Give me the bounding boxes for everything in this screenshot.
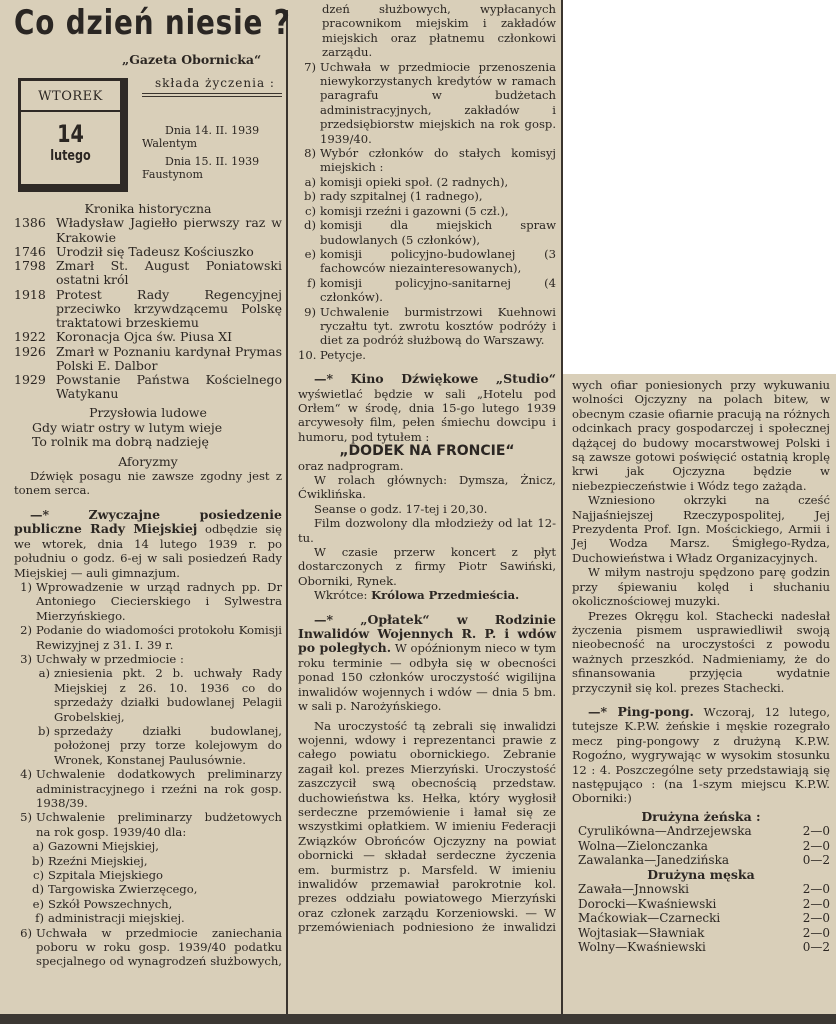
match-row: Wolny—Kwaśniewski0—2 <box>578 940 830 955</box>
column-2-body: dzeń służbowych, wypłacanych pracownikom… <box>298 2 556 935</box>
match-pair: Zawalanka—Janedzińska <box>578 853 729 868</box>
agenda-text: Uchwała w przedmiocie zaniechania poboru… <box>36 926 282 969</box>
oplatek-paragraph-4: W miłym nastroju spędzono parę godzin pr… <box>572 565 830 608</box>
agenda-number: 8) <box>298 146 320 175</box>
agenda-item: 6)Uchwała w przedmiocie zaniechania pobo… <box>14 926 282 969</box>
agenda-subitem: a)Gazowni Miejskiej, <box>14 839 282 853</box>
agenda-sub-letter: e) <box>298 247 320 276</box>
agenda-text: Uchwalenie preliminarzy budżetowych na r… <box>36 810 282 839</box>
oplatek-paragraph-2-continued: wych ofiar poniesionych przy wykuwaniu w… <box>572 378 830 493</box>
agenda-subitem: d)Targowiska Zwierzęcego, <box>14 882 282 896</box>
agenda-subitem: a)zniesienia pkt. 2 b. uchwały Rady Miej… <box>14 666 282 724</box>
column-1-body: Kronika historyczna 1386Władysław Jagieł… <box>14 202 282 969</box>
agenda-text: Uchwalenie dodatkowych preliminarzy admi… <box>36 767 282 810</box>
men-team-heading: Drużyna męska <box>572 868 830 882</box>
chronicle-heading: Kronika historyczna <box>14 202 282 216</box>
column-3-body: wych ofiar poniesionych przy wykuwaniu w… <box>572 378 830 955</box>
oplatek-paragraph-3: Wzniesiono okrzyki na cześć Najjaśniejsz… <box>572 493 830 565</box>
agenda-item: 8)Wybór członków do stałych komisyj miej… <box>298 146 556 175</box>
chronicle-text: Urodził się Tadeusz Kościuszko <box>56 245 282 259</box>
agenda-sub-letter: c) <box>298 204 320 218</box>
agenda-sub-text: komisji policyjno-budowlanej (3 fachowcó… <box>320 247 556 276</box>
match-score: 0—2 <box>803 940 830 955</box>
agenda-item: 4)Uchwalenie dodatkowych preliminarzy ad… <box>14 767 282 810</box>
nameday-name-2: Faustynom <box>142 168 203 181</box>
chronicle-year: 1926 <box>14 345 56 373</box>
pingpong-announcement: —* Ping-pong. Wczoraj, 12 lutego, tutejs… <box>572 705 830 806</box>
match-pair: Wojtasiak—Sławniak <box>578 926 704 941</box>
agenda-sub-letter: c) <box>26 868 48 882</box>
agenda-sub-letter: e) <box>26 897 48 911</box>
agenda-subitem: e)komisji policyjno-budowlanej (3 fachow… <box>298 247 556 276</box>
chronicle-year: 1918 <box>14 288 56 331</box>
agenda-sub-letter: d) <box>298 218 320 247</box>
agenda-subitem: f)administracji miejskiej. <box>14 911 282 925</box>
agenda-subitem: b)rady szpitalnej (1 radnego), <box>298 189 556 203</box>
agenda-sub-letter: b) <box>26 854 48 868</box>
chronicle-year: 1386 <box>14 216 56 244</box>
cinema-headline: —* Kino Dźwiękowe „Studio“ <box>314 371 556 386</box>
agenda-text: Uchwały w przedmiocie : <box>36 652 282 666</box>
nameday-date-2: Dnia 15. II. 1939 <box>165 155 259 168</box>
agenda-subitem: e)Szkół Powszechnych, <box>14 897 282 911</box>
match-pair: Cyrulikówna—Andrzejewska <box>578 824 752 839</box>
agenda-item: 5)Uchwalenie preliminarzy budżetowych na… <box>14 810 282 839</box>
agenda-item: 3)Uchwały w przedmiocie : <box>14 652 282 666</box>
cinema-shows: Seanse o godz. 17-tej i 20,30. <box>298 502 556 516</box>
film-title: „DODEK NA FRONCIE“ <box>298 444 556 458</box>
agenda-sub-letter: b) <box>298 189 320 203</box>
calendar-day: 14 <box>31 120 110 148</box>
cinema-cast: W rolach głównych: Dymsza, Żnicz, Ćwikli… <box>298 473 556 502</box>
council-announcement-lead: —* Zwyczajne posiedzenie publiczne Rady … <box>14 508 282 580</box>
agenda-subitem: a)komisji opieki społ. (2 radnych), <box>298 175 556 189</box>
match-pair: Wolna—Zielonczanka <box>578 839 708 854</box>
masthead-greeting: składa życzenia : <box>155 76 275 90</box>
council-agenda: 1)Wprowadzenie w urząd radnych pp. Dr An… <box>14 580 282 969</box>
match-row: Zawalanka—Janedzińska0—2 <box>578 853 830 868</box>
chronicle-entry: 1746Urodził się Tadeusz Kościuszko <box>14 245 282 259</box>
column-divider-2 <box>561 0 563 1014</box>
agenda-sub-letter: a) <box>32 666 54 724</box>
agenda-sub-text: komisji dla miejskich spraw budowlanych … <box>320 218 556 247</box>
match-row: Zawała—Jnnowski2—0 <box>578 882 830 897</box>
chronicle-text: Powstanie Państwa Kościelnego Watykanu <box>56 373 282 401</box>
agenda-subitem: c)komisji rzeźni i gazowni (5 czł.), <box>298 204 556 218</box>
chronicle-entry: 1922Koronacja Ojca św. Piusa XI <box>14 330 282 344</box>
chronicle-text: Koronacja Ojca św. Piusa XI <box>56 330 282 344</box>
agenda-sub-text: Szkół Powszechnych, <box>48 897 282 911</box>
column-divider-1 <box>286 10 288 1014</box>
agenda-item: 10.Petycje. <box>298 348 556 362</box>
agenda-sub-text: Gazowni Miejskiej, <box>48 839 282 853</box>
chronicle-list: 1386Władysław Jagiełło pierwszy raz w Kr… <box>14 216 282 401</box>
aphorisms-heading: Aforyzmy <box>14 455 282 469</box>
pingpong-intro: Wczoraj, 12 lutego, tutejsze K.P.W. żeńs… <box>572 705 830 805</box>
calendar-box: WTOREK 14 lutego <box>18 78 128 192</box>
newspaper-page: Co dzień niesie ? „Gazeta Obornicka“ skł… <box>0 0 836 1024</box>
agenda-sub-letter: d) <box>26 882 48 896</box>
agenda-subitem: b)Rzeźni Miejskiej, <box>14 854 282 868</box>
agenda-sub-letter: b) <box>32 724 54 767</box>
agenda-sub-letter: f) <box>298 276 320 305</box>
agenda-number: 3) <box>14 652 36 666</box>
agenda-text: Uchwalenie burmistrzowi Kuehnowi ryczałt… <box>320 305 556 348</box>
cinema-age: Film dozwolony dla młodzieży od lat 12-t… <box>298 516 556 545</box>
proverb-line: Gdy wiatr ostry w lutym wieje <box>14 421 282 435</box>
calendar-month: lutego <box>31 148 110 164</box>
column-1: Co dzień niesie ? <box>14 0 282 46</box>
agenda-sub-letter: a) <box>298 175 320 189</box>
agenda-subitem: b)sprzedaży działki budowlanej, położone… <box>14 724 282 767</box>
double-rule <box>142 93 282 97</box>
agenda-sub-text: zniesienia pkt. 2 b. uchwały Rady Miejsk… <box>54 666 282 724</box>
match-pair: Dorocki—Kwaśniewski <box>578 897 716 912</box>
pingpong-headline: —* Ping-pong. <box>588 704 694 719</box>
oplatek-announcement: —* „Opłatek“ w Rodzinie Inwalidów Wojenn… <box>298 613 556 714</box>
agenda-sub-text: komisji rzeźni i gazowni (5 czł.), <box>320 204 556 218</box>
agenda-number: 1) <box>14 580 36 623</box>
cinema-coming-soon: Wkrótce: Królowa Przedmieścia. <box>298 588 556 602</box>
agenda-sub-letter: a) <box>26 839 48 853</box>
chronicle-text: Zmarł w Poznaniu kardynał Prymas Polski … <box>56 345 282 373</box>
agenda-subitem: c)Szpitala Miejskiego <box>14 868 282 882</box>
chronicle-entry: 1798Zmarł St. August Poniatowski ostatni… <box>14 259 282 287</box>
chronicle-text: Protest Rady Regencyjnej przeciwko krzyw… <box>56 288 282 331</box>
chronicle-entry: 1929Powstanie Państwa Kościelnego Watyka… <box>14 373 282 401</box>
match-score: 2—0 <box>803 926 830 941</box>
proverbs-heading: Przysłowia ludowe <box>14 406 282 420</box>
agenda-text: Wprowadzenie w urząd radnych pp. Dr Anto… <box>36 580 282 623</box>
match-score: 2—0 <box>803 824 830 839</box>
agenda-sub-text: komisji policyjno-sanitarnej (4 członków… <box>320 276 556 305</box>
agenda-subitem: d)komisji dla miejskich spraw budowlanyc… <box>298 218 556 247</box>
aphorism-text: Dźwięk posagu nie zawsze zgodny jest z t… <box>14 469 282 498</box>
agenda-sub-text: Szpitala Miejskiego <box>48 868 282 882</box>
agenda-sub-text: Targowiska Zwierzęcego, <box>48 882 282 896</box>
match-row: Maćkowiak—Czarnecki2—0 <box>578 911 830 926</box>
match-row: Wolna—Zielonczanka2—0 <box>578 839 830 854</box>
coming-soon-title: Królowa Przedmieścia. <box>371 588 519 602</box>
agenda-item: 2)Podanie do wiadomości protokołu Komisj… <box>14 623 282 652</box>
agenda-number: 6) <box>14 926 36 969</box>
match-score: 2—0 <box>803 839 830 854</box>
match-pair: Maćkowiak—Czarnecki <box>578 911 720 926</box>
agenda-text: Podanie do wiadomości protokołu Komisji … <box>36 623 282 652</box>
match-pair: Zawała—Jnnowski <box>578 882 689 897</box>
agenda-text: Wybór członków do stałych komisyj miejsk… <box>320 146 556 175</box>
women-results: Cyrulikówna—Andrzejewska2—0 Wolna—Zielon… <box>572 824 830 868</box>
match-score: 0—2 <box>803 853 830 868</box>
agenda-number: 7) <box>298 60 320 146</box>
masthead-publisher: „Gazeta Obornicka“ <box>122 52 261 67</box>
agenda-item-6-continued: dzeń służbowych, wypłacanych pracownikom… <box>298 2 556 60</box>
agenda-sub-text: administracji miejskiej. <box>48 911 282 925</box>
match-row: Cyrulikówna—Andrzejewska2—0 <box>578 824 830 839</box>
masthead-title: Co dzień niesie ? <box>14 0 234 46</box>
cinema-extra: oraz nadprogram. <box>298 459 556 473</box>
nameday-name-1: Walentym <box>142 137 197 150</box>
match-row: Wojtasiak—Sławniak2—0 <box>578 926 830 941</box>
nameday-date-1: Dnia 14. II. 1939 <box>165 124 259 137</box>
agenda-number: 10. <box>298 348 320 362</box>
cinema-intro: wyświetlać będzie w sali „Hotelu pod Orł… <box>298 387 556 444</box>
match-row: Dorocki—Kwaśniewski2—0 <box>578 897 830 912</box>
chronicle-year: 1798 <box>14 259 56 287</box>
agenda-sub-text: komisji opieki społ. (2 radnych), <box>320 175 556 189</box>
proverb-line: To rolnik ma dobrą nadzieję <box>14 435 282 449</box>
match-score: 2—0 <box>803 897 830 912</box>
chronicle-text: Zmarł St. August Poniatowski ostatni kró… <box>56 259 282 287</box>
match-score: 2—0 <box>803 882 830 897</box>
chronicle-entry: 1386Władysław Jagiełło pierwszy raz w Kr… <box>14 216 282 244</box>
agenda-sub-letter: f) <box>26 911 48 925</box>
agenda-number: 4) <box>14 767 36 810</box>
chronicle-year: 1929 <box>14 373 56 401</box>
match-pair: Wolny—Kwaśniewski <box>578 940 706 955</box>
agenda-sub-text: rady szpitalnej (1 radnego), <box>320 189 556 203</box>
agenda-text: Uchwała w przedmiocie przenoszenia niewy… <box>320 60 556 146</box>
agenda-number: 9) <box>298 305 320 348</box>
chronicle-entry: 1918Protest Rady Regencyjnej przeciwko k… <box>14 288 282 331</box>
men-results: Zawała—Jnnowski2—0 Dorocki—Kwaśniewski2—… <box>572 882 830 955</box>
chronicle-year: 1922 <box>14 330 56 344</box>
coming-soon-label: Wkrótce: <box>314 588 371 602</box>
agenda-sub-text: sprzedaży działki budowlanej, położonej … <box>54 724 282 767</box>
agenda-number: 5) <box>14 810 36 839</box>
oplatek-paragraph-2: Na uroczystość tą zebrali się inwalidzi … <box>298 719 556 935</box>
agenda-item: 1)Wprowadzenie w urząd radnych pp. Dr An… <box>14 580 282 623</box>
page-bottom-bar <box>0 1014 836 1024</box>
chronicle-text: Władysław Jagiełło pierwszy raz w Krakow… <box>56 216 282 244</box>
chronicle-year: 1746 <box>14 245 56 259</box>
match-score: 2—0 <box>803 911 830 926</box>
calendar-separator <box>21 110 120 112</box>
cinema-announcement: —* Kino Dźwiękowe „Studio“ wyświetlać bę… <box>298 372 556 444</box>
cinema-concert: W czasie przerw koncert z płyt dostarczo… <box>298 545 556 588</box>
agenda-item: 9)Uchwalenie burmistrzowi Kuehnowi rycza… <box>298 305 556 348</box>
agenda-item: 7)Uchwała w przedmiocie przenoszenia nie… <box>298 60 556 146</box>
calendar-weekday: WTOREK <box>21 89 120 104</box>
agenda-number: 2) <box>14 623 36 652</box>
agenda-subitem: f)komisji policyjno-sanitarnej (4 członk… <box>298 276 556 305</box>
oplatek-paragraph-5: Prezes Okręgu kol. Stachecki nadesłał ży… <box>572 609 830 695</box>
chronicle-entry: 1926Zmarł w Poznaniu kardynał Prymas Pol… <box>14 345 282 373</box>
agenda-text: Petycje. <box>320 348 556 362</box>
women-team-heading: Drużyna żeńska : <box>572 810 830 824</box>
agenda-sub-text: Rzeźni Miejskiej, <box>48 854 282 868</box>
